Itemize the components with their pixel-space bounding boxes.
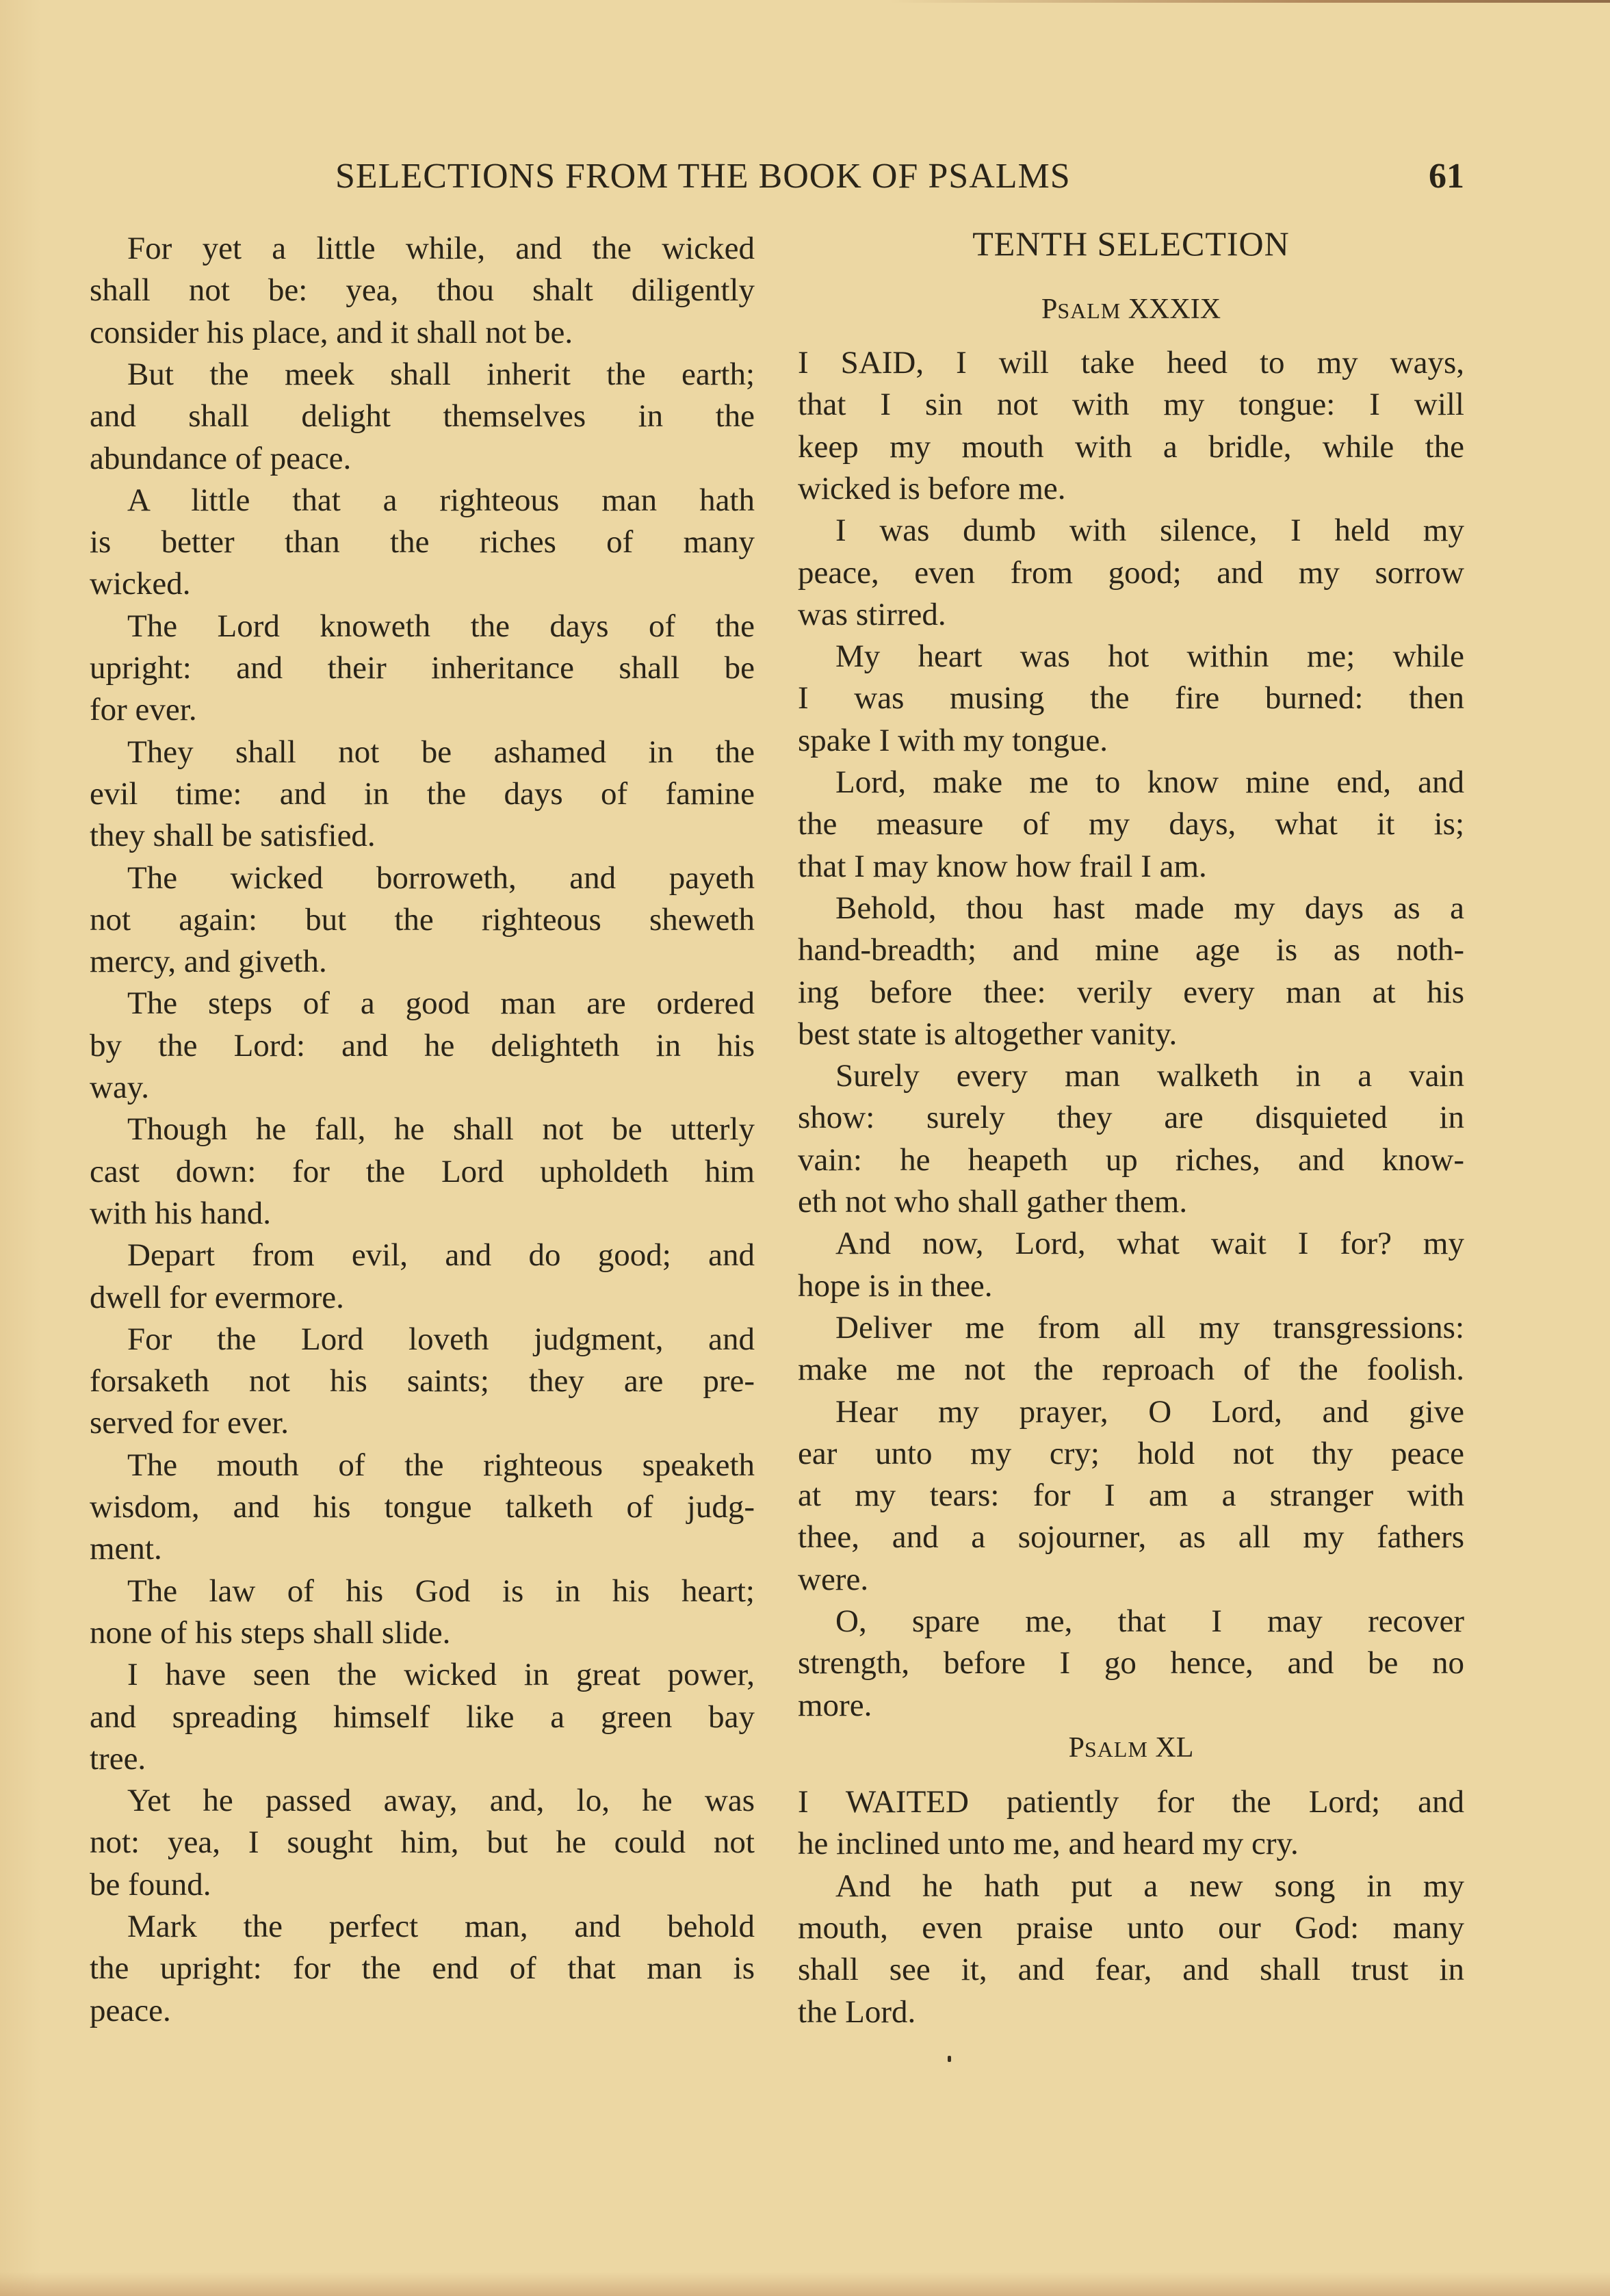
text-line: at my tears: for I am a stranger with — [798, 1475, 1464, 1517]
text-line: peace. — [90, 1990, 755, 2032]
text-line: for ever. — [90, 689, 755, 731]
text-line: For the Lord loveth judgment, and — [127, 1319, 755, 1360]
psalm-heading-40: PSALM XL — [798, 1729, 1464, 1768]
print-mark — [948, 2056, 951, 2062]
text-line: and spreading himself like a green bay — [90, 1697, 755, 1738]
text-line: he inclined unto me, and heard my cry. — [798, 1823, 1464, 1865]
text-line: I WAITED patiently for the Lord; and — [798, 1781, 1464, 1823]
text-line: with his hand. — [90, 1193, 755, 1235]
text-line: Surely every man walketh in a vain — [835, 1055, 1464, 1097]
text-line: wisdom, and his tongue talketh of judg- — [90, 1486, 755, 1528]
text-line: none of his steps shall slide. — [90, 1612, 755, 1654]
psalm-label-initial: P — [1041, 294, 1057, 325]
text-line: And he hath put a new song in my — [835, 1866, 1464, 1907]
text-line: Behold, thou hast made my days as a — [835, 888, 1464, 929]
psalm-numeral: XL — [1155, 1732, 1193, 1764]
text-line: the Lord. — [798, 1991, 1464, 2033]
text-line: upright: and their inheritance shall be — [90, 647, 755, 689]
page-number: 61 — [1429, 156, 1464, 197]
text-line: best state is altogether vanity. — [798, 1014, 1464, 1055]
text-line: Though he fall, he shall not be utterly — [127, 1109, 755, 1150]
text-line: A little that a righteous man hath — [127, 480, 755, 521]
text-line: strength, before I go hence, and be no — [798, 1642, 1464, 1684]
text-line: The mouth of the righteous speaketh — [127, 1445, 755, 1486]
text-line: For yet a little while, and the wicked — [127, 228, 755, 270]
text-line: abundance of peace. — [90, 438, 755, 480]
text-line: Hear my prayer, O Lord, and give — [835, 1391, 1464, 1433]
text-line: not again: but the righteous sheweth — [90, 899, 755, 941]
text-line: They shall not be ashamed in the — [127, 732, 755, 773]
text-line: is better than the riches of many — [90, 521, 755, 563]
text-line: ear unto my cry; hold not thy peace — [798, 1433, 1464, 1475]
text-line: I have seen the wicked in great power, — [127, 1654, 755, 1696]
text-line: tree. — [90, 1738, 755, 1780]
text-line: shall not be: yea, thou shalt diligently — [90, 270, 755, 311]
page-top-edge — [890, 0, 1610, 3]
text-line: the upright: for the end of that man is — [90, 1948, 755, 1989]
psalm-label-initial: P — [1069, 1732, 1085, 1764]
text-line: mercy, and giveth. — [90, 941, 755, 983]
text-line: The law of his God is in his heart; — [127, 1571, 755, 1612]
text-line: Lord, make me to know mine end, and — [835, 762, 1464, 803]
text-line: Mark the perfect man, and behold — [127, 1906, 755, 1948]
text-line: was stirred. — [798, 594, 1464, 636]
text-line: more. — [798, 1685, 1464, 1727]
text-line: wicked is before me. — [798, 468, 1464, 510]
text-line: cast down: for the Lord upholdeth him — [90, 1151, 755, 1193]
text-line: wicked. — [90, 563, 755, 605]
text-line: And now, Lord, what wait I for? my — [835, 1223, 1464, 1265]
text-line: were. — [798, 1559, 1464, 1601]
text-line: forsaketh not his saints; they are pre- — [90, 1360, 755, 1402]
psalm-label-smallcaps: SALM — [1085, 1737, 1148, 1762]
text-line: served for ever. — [90, 1402, 755, 1444]
text-line: My heart was hot within me; while — [835, 636, 1464, 678]
text-line: ment. — [90, 1528, 755, 1570]
text-line: But the meek shall inherit the earth; — [127, 354, 755, 396]
psalm-heading-39: PSALM XXXIX — [798, 290, 1464, 330]
running-head: SELECTIONS FROM THE BOOK OF PSALMS — [335, 156, 1071, 197]
psalm-label-smallcaps: SALM — [1057, 298, 1121, 323]
text-line: eth not who shall gather them. — [798, 1181, 1464, 1223]
text-line: vain: he heapeth up riches, and know- — [798, 1139, 1464, 1181]
text-line: ing before thee: verily every man at his — [798, 972, 1464, 1014]
text-line: the measure of my days, what it is; — [798, 803, 1464, 845]
text-line: O, spare me, that I may recover — [835, 1601, 1464, 1642]
text-line: thee, and a sojourner, as all my fathers — [798, 1517, 1464, 1558]
text-line: The Lord knoweth the days of the — [127, 606, 755, 647]
text-line: I was dumb with silence, I held my — [835, 510, 1464, 552]
text-line: they shall be satisfied. — [90, 815, 755, 857]
text-line: hand-breadth; and mine age is as noth- — [798, 929, 1464, 971]
psalm-numeral: XXXIX — [1128, 294, 1221, 325]
text-line: not: yea, I sought him, but he could not — [90, 1822, 755, 1863]
text-line: show: surely they are disquieted in — [798, 1097, 1464, 1139]
text-line: evil time: and in the days of famine — [90, 773, 755, 815]
text-line: keep my mouth with a bridle, while the — [798, 426, 1464, 468]
text-line: way. — [90, 1067, 755, 1109]
text-line: hope is in thee. — [798, 1265, 1464, 1307]
text-line: dwell for evermore. — [90, 1277, 755, 1319]
text-line: that I may know how frail I am. — [798, 846, 1464, 888]
text-line: be found. — [90, 1864, 755, 1906]
book-page: SELECTIONS FROM THE BOOK OF PSALMS 61 Fo… — [0, 0, 1610, 2296]
text-line: consider his place, and it shall not be. — [90, 312, 755, 354]
text-line: I was musing the fire burned: then — [798, 678, 1464, 719]
text-line: Depart from evil, and do good; and — [127, 1235, 755, 1276]
text-line: Deliver me from all my transgressions: — [835, 1307, 1464, 1349]
text-line: and shall delight themselves in the — [90, 396, 755, 437]
text-line: The steps of a good man are ordered — [127, 983, 755, 1024]
text-line: spake I with my tongue. — [798, 720, 1464, 762]
text-line: The wicked borroweth, and payeth — [127, 857, 755, 899]
text-line: mouth, even praise unto our God: many — [798, 1907, 1464, 1949]
text-line: Yet he passed away, and, lo, he was — [127, 1780, 755, 1822]
selection-title: TENTH SELECTION — [798, 223, 1464, 264]
text-line: make me not the reproach of the foolish. — [798, 1349, 1464, 1391]
text-line: peace, even from good; and my sorrow — [798, 552, 1464, 594]
text-line: I SAID, I will take heed to my ways, — [798, 342, 1464, 384]
text-line: shall see it, and fear, and shall trust … — [798, 1949, 1464, 1991]
text-line: that I sin not with my tongue: I will — [798, 384, 1464, 426]
text-line: by the Lord: and he delighteth in his — [90, 1025, 755, 1067]
